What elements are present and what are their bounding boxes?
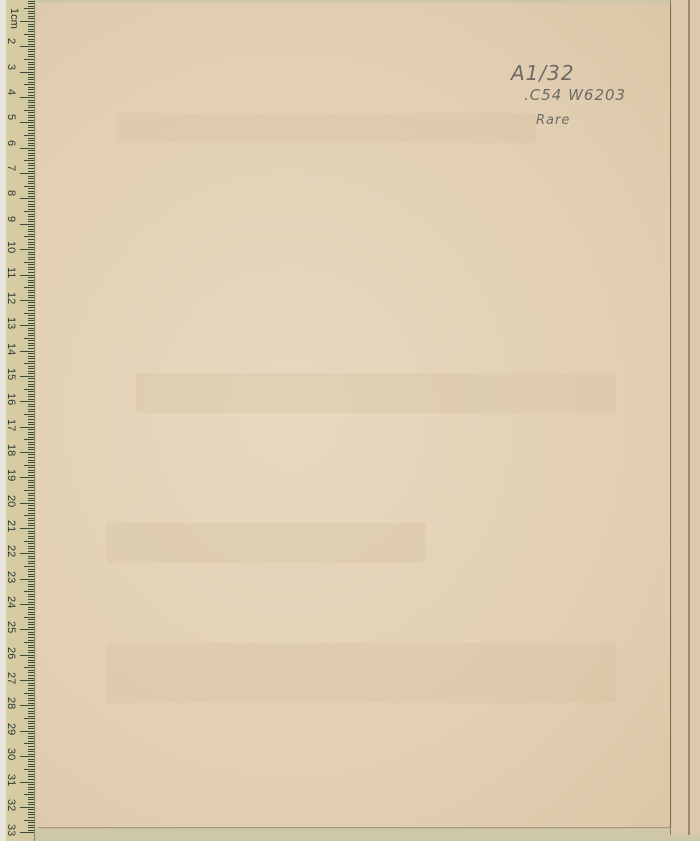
ruler-tick: [28, 614, 34, 615]
ruler-tick: [24, 414, 34, 415]
ruler-tick: [28, 209, 34, 210]
ruler-tick: [28, 500, 34, 501]
ruler-tick: [28, 41, 34, 42]
ruler-tick: [28, 647, 34, 648]
ruler-tick: [28, 723, 34, 724]
ruler-tick: [28, 264, 34, 265]
ruler-tick: [24, 667, 34, 668]
ruler-tick: [28, 191, 34, 192]
ruler-tick: [28, 670, 34, 671]
ruler-tick: [28, 520, 34, 521]
ruler-tick: [28, 221, 34, 222]
ruler-tick: [28, 92, 34, 93]
ruler-tick: [24, 389, 34, 390]
ruler-tick: [28, 353, 34, 354]
ruler-tick: [28, 165, 34, 166]
ruler-tick: [28, 495, 34, 496]
ruler-tick: [28, 206, 34, 207]
ruler-tick: [28, 594, 34, 595]
ruler-number: 6: [5, 140, 17, 146]
ruler-tick: [28, 678, 34, 679]
ruler-tick: [28, 3, 34, 4]
ruler-tick: [28, 716, 34, 717]
ruler-tick: [28, 302, 34, 303]
ruler-tick: [28, 67, 34, 68]
ruler-tick: [28, 675, 34, 676]
ruler-tick: [28, 688, 34, 689]
ruler-tick: [28, 695, 34, 696]
ruler-tick: [28, 292, 34, 293]
ruler-number: 3: [5, 64, 17, 70]
ruler-tick: [28, 39, 34, 40]
ruler-tick: [28, 822, 34, 823]
ruler-tick: [20, 629, 34, 630]
ruler-tick: [28, 485, 34, 486]
ruler-tick: [28, 551, 34, 552]
ruler-tick: [28, 558, 34, 559]
ruler-tick: [28, 87, 34, 88]
ruler-tick: [28, 462, 34, 463]
ruler-tick: [28, 373, 34, 374]
ruler-number: 4: [5, 89, 17, 95]
ruler-tick: [28, 54, 34, 55]
ruler-tick: [28, 107, 34, 108]
ruler-tick: [28, 193, 34, 194]
ruler-tick: [28, 754, 34, 755]
ruler-tick: [24, 693, 34, 694]
ruler-tick: [28, 95, 34, 96]
ruler-tick: [28, 470, 34, 471]
ruler-tick: [24, 338, 34, 339]
ruler-tick: [28, 6, 34, 7]
ruler-tick: [28, 741, 34, 742]
ruler-tick: [28, 100, 34, 101]
ruler-tick: [24, 642, 34, 643]
ruler-tick: [28, 112, 34, 113]
ruler-tick: [28, 482, 34, 483]
ruler-tick: [28, 602, 34, 603]
ruler-tick: [28, 581, 34, 582]
ruler-tick: [28, 381, 34, 382]
ruler-tick: [28, 153, 34, 154]
ruler-tick: [28, 13, 34, 14]
ruler-tick: [28, 277, 34, 278]
ruler-tick: [28, 244, 34, 245]
ruler-tick: [28, 259, 34, 260]
ruler-tick: [28, 62, 34, 63]
ruler-tick: [28, 242, 34, 243]
ruler-tick: [28, 792, 34, 793]
ruler-tick: [28, 115, 34, 116]
ruler-tick: [28, 498, 34, 499]
ruler-tick: [28, 64, 34, 65]
ruler-tick: [28, 158, 34, 159]
ruler-tick: [28, 366, 34, 367]
ruler-number: 32: [5, 799, 17, 811]
ruler-number: 25: [5, 621, 17, 633]
ruler-tick: [28, 802, 34, 803]
ruler-tick: [20, 376, 34, 377]
ruler-number: 12: [5, 292, 17, 304]
ruler-tick: [20, 72, 34, 73]
ruler-tick: [28, 759, 34, 760]
ruler-tick: [28, 252, 34, 253]
ruler-tick: [28, 454, 34, 455]
ruler-tick: [28, 11, 34, 12]
ruler-tick: [28, 356, 34, 357]
ruler-tick: [28, 328, 34, 329]
ruler-tick: [24, 541, 34, 542]
ruler-tick: [28, 320, 34, 321]
ruler-tick: [28, 776, 34, 777]
ruler-tick: [24, 743, 34, 744]
ruler-number: 5: [5, 114, 17, 120]
ruler-tick: [28, 348, 34, 349]
ruler-tick: [28, 143, 34, 144]
ruler-tick: [28, 632, 34, 633]
ruler-tick: [28, 214, 34, 215]
ruler-tick: [28, 74, 34, 75]
ruler-tick: [28, 536, 34, 537]
ruler-tick: [28, 155, 34, 156]
ruler-tick: [28, 56, 34, 57]
ruler-tick: [28, 26, 34, 27]
ruler-tick: [20, 198, 34, 199]
ruler-number: 10: [5, 241, 17, 253]
ruler-tick: [28, 518, 34, 519]
ruler-tick: [28, 574, 34, 575]
adjacent-page-edge: [670, 0, 700, 835]
ruler-tick: [28, 432, 34, 433]
bleed-through-heading: [136, 373, 616, 413]
ruler-tick: [28, 406, 34, 407]
ruler-tick: [28, 505, 34, 506]
ruler-tick: [28, 660, 34, 661]
ruler-tick: [28, 269, 34, 270]
ruler-tick: [28, 708, 34, 709]
ruler-tick: [20, 148, 34, 149]
ruler-tick: [28, 216, 34, 217]
ruler-tick: [28, 472, 34, 473]
ruler-tick: [28, 168, 34, 169]
ruler-tick: [28, 637, 34, 638]
ruler-tick: [28, 201, 34, 202]
ruler-tick: [28, 117, 34, 118]
ruler-number: 31: [5, 774, 17, 786]
ruler-tick: [28, 181, 34, 182]
ruler-tick: [28, 89, 34, 90]
ruler-tick: [24, 465, 34, 466]
ruler-tick: [28, 396, 34, 397]
ruler-tick: [28, 771, 34, 772]
ruler-tick: [28, 487, 34, 488]
ruler-tick: [20, 782, 34, 783]
ruler-tick: [24, 617, 34, 618]
ruler-tick: [28, 409, 34, 410]
ruler-tick: [24, 186, 34, 187]
ruler-tick: [28, 424, 34, 425]
ruler-tick: [28, 419, 34, 420]
ruler-tick: [28, 751, 34, 752]
ruler-tick: [28, 422, 34, 423]
ruler-tick: [24, 439, 34, 440]
ruler-tick: [24, 211, 34, 212]
ruler-tick: [28, 538, 34, 539]
ruler-tick: [28, 817, 34, 818]
ruler-tick: [20, 553, 34, 554]
ruler-tick: [28, 812, 34, 813]
ruler-tick: [28, 434, 34, 435]
ruler-tick: [28, 543, 34, 544]
ruler-tick: [20, 300, 34, 301]
ruler-tick: [28, 130, 34, 131]
ruler-tick: [24, 160, 34, 161]
ruler-tick: [28, 690, 34, 691]
ruler-tick: [28, 713, 34, 714]
ruler-tick: [28, 133, 34, 134]
ruler-tick: [28, 799, 34, 800]
ruler-tick: [28, 657, 34, 658]
ruler-tick: [28, 77, 34, 78]
ruler-tick: [28, 784, 34, 785]
ruler-tick: [28, 563, 34, 564]
ruler-tick: [28, 523, 34, 524]
ruler-tick: [24, 84, 34, 85]
ruler-tick: [20, 122, 34, 123]
ruler-tick: [20, 731, 34, 732]
ruler-tick: [28, 323, 34, 324]
ruler-tick: [28, 685, 34, 686]
ruler-tick: [28, 761, 34, 762]
ruler-tick: [24, 262, 34, 263]
ruler-number: 24: [5, 596, 17, 608]
ruler-tick: [28, 525, 34, 526]
ruler-tick: [28, 825, 34, 826]
ruler-tick: [28, 333, 34, 334]
ruler-tick: [28, 576, 34, 577]
ruler-tick: [28, 548, 34, 549]
ruler-tick: [28, 640, 34, 641]
ruler-tick: [20, 452, 34, 453]
ruler-tick: [20, 351, 34, 352]
ruler-tick: [28, 340, 34, 341]
bleed-through-text: [106, 523, 426, 563]
ruler-tick: [28, 229, 34, 230]
ruler-tick: [28, 510, 34, 511]
ruler-number: 26: [5, 647, 17, 659]
ruler-tick: [24, 287, 34, 288]
ruler-tick: [24, 236, 34, 237]
ruler-tick: [28, 69, 34, 70]
ruler-tick: [28, 703, 34, 704]
ruler-tick: [28, 721, 34, 722]
ruler-tick: [20, 325, 34, 326]
ruler-tick: [28, 749, 34, 750]
ruler-number: 18: [5, 444, 17, 456]
ruler-tick: [28, 31, 34, 32]
ruler-tick: [28, 399, 34, 400]
ruler-tick: [20, 224, 34, 225]
ruler-tick: [28, 809, 34, 810]
ruler-tick: [28, 254, 34, 255]
ruler-tick: [20, 249, 34, 250]
ruler-tick: [24, 820, 34, 821]
ruler-tick: [20, 579, 34, 580]
ruler-number: 20: [5, 495, 17, 507]
ruler-tick: [28, 774, 34, 775]
ruler-tick: [28, 531, 34, 532]
ruler-tick: [28, 335, 34, 336]
ruler-tick: [28, 51, 34, 52]
ruler-tick: [28, 619, 34, 620]
ruler-tick: [20, 275, 34, 276]
ruler-unit-label: 1cm: [8, 8, 20, 29]
ruler-tick: [28, 561, 34, 562]
ruler-tick: [20, 832, 34, 833]
ruler-tick: [20, 427, 34, 428]
ruler-tick: [28, 272, 34, 273]
ruler-tick: [20, 604, 34, 605]
ruler-tick: [28, 171, 34, 172]
ruler-tick: [20, 477, 34, 478]
ruler-tick: [28, 416, 34, 417]
ruler-tick: [28, 711, 34, 712]
ruler-number: 27: [5, 672, 17, 684]
ruler-tick: [28, 814, 34, 815]
ruler-number: 15: [5, 368, 17, 380]
ruler-tick: [28, 290, 34, 291]
ruler-tick: [28, 607, 34, 608]
ruler-number: 9: [5, 216, 17, 222]
ruler-tick: [28, 36, 34, 37]
ruler-tick: [28, 589, 34, 590]
ruler-number: 28: [5, 697, 17, 709]
ruler-tick: [28, 295, 34, 296]
ruler-tick: [28, 196, 34, 197]
ruler-tick: [28, 683, 34, 684]
ruler-tick: [28, 650, 34, 651]
ruler-tick: [28, 231, 34, 232]
ruler-tick: [28, 627, 34, 628]
ruler-tick: [28, 82, 34, 83]
ruler-tick: [24, 8, 34, 9]
ruler-tick: [28, 612, 34, 613]
ruler-tick: [28, 384, 34, 385]
ruler-tick: [28, 475, 34, 476]
ruler-tick: [28, 318, 34, 319]
ruler-tick: [28, 546, 34, 547]
ruler-tick: [28, 460, 34, 461]
ruler-tick: [28, 247, 34, 248]
ruler-tick: [24, 34, 34, 35]
ruler-tick: [28, 368, 34, 369]
ruler-tick: [28, 513, 34, 514]
ruler-tick: [28, 787, 34, 788]
ruler-tick: [28, 746, 34, 747]
ruler-tick: [28, 138, 34, 139]
ruler-number: 11: [5, 267, 17, 278]
ruler-tick: [28, 307, 34, 308]
ruler-tick: [20, 173, 34, 174]
ruler-tick: [20, 705, 34, 706]
ruler-tick: [28, 127, 34, 128]
ruler-tick: [28, 698, 34, 699]
ruler-tick: [28, 728, 34, 729]
ruler-tick: [20, 680, 34, 681]
ruler-tick: [28, 310, 34, 311]
ruler-tick: [20, 756, 34, 757]
ruler-tick: [24, 363, 34, 364]
ruler-tick: [28, 457, 34, 458]
ruler-tick: [28, 219, 34, 220]
ruler-tick: [28, 239, 34, 240]
ruler-tick: [28, 285, 34, 286]
ruler-tick: [28, 429, 34, 430]
binding-edge: [688, 0, 690, 835]
ruler-tick: [28, 178, 34, 179]
ruler-tick: [28, 733, 34, 734]
ruler-tick: [28, 726, 34, 727]
ruler-number: 33: [5, 824, 17, 836]
ruler-tick: [28, 444, 34, 445]
ruler-tick: [28, 282, 34, 283]
ruler-tick: [28, 18, 34, 19]
ruler-tick: [28, 662, 34, 663]
ruler-tick: [28, 624, 34, 625]
ruler-tick: [28, 665, 34, 666]
ruler-tick: [28, 105, 34, 106]
ruler-tick: [28, 371, 34, 372]
ruler-tick: [28, 467, 34, 468]
ruler-tick: [28, 226, 34, 227]
ruler-tick: [28, 257, 34, 258]
ruler-tick: [28, 150, 34, 151]
ruler-tick: [28, 120, 34, 121]
ruler-tick: [28, 183, 34, 184]
ruler-tick: [28, 297, 34, 298]
ruler-tick: [28, 330, 34, 331]
ruler-number: 16: [5, 393, 17, 405]
ruler-tick: [28, 315, 34, 316]
document-page: A1/32 .C54 W6203 Rare: [36, 3, 670, 827]
ruler-tick: [28, 343, 34, 344]
ruler-tick: [24, 566, 34, 567]
ruler-tick: [28, 280, 34, 281]
ruler-tick: [28, 24, 34, 25]
ruler-tick: [28, 437, 34, 438]
ruler-tick: [24, 110, 34, 111]
ruler-tick: [28, 305, 34, 306]
ruler-number: 30: [5, 748, 17, 760]
ruler-tick: [24, 591, 34, 592]
ruler-tick: [28, 533, 34, 534]
ruler-number: 22: [5, 545, 17, 557]
ruler-number: 14: [5, 343, 17, 355]
ruler-tick: [28, 378, 34, 379]
ruler-tick: [28, 44, 34, 45]
ruler-tick: [28, 204, 34, 205]
ruler-tick: [20, 21, 34, 22]
ruler-tick: [28, 609, 34, 610]
ruler-number: 2: [5, 38, 17, 44]
ruler-tick: [28, 188, 34, 189]
ruler-tick: [28, 700, 34, 701]
ruler-tick: [28, 145, 34, 146]
ruler-tick: [28, 176, 34, 177]
ruler-tick: [24, 490, 34, 491]
ruler-tick: [20, 528, 34, 529]
ruler-number: 19: [5, 469, 17, 481]
